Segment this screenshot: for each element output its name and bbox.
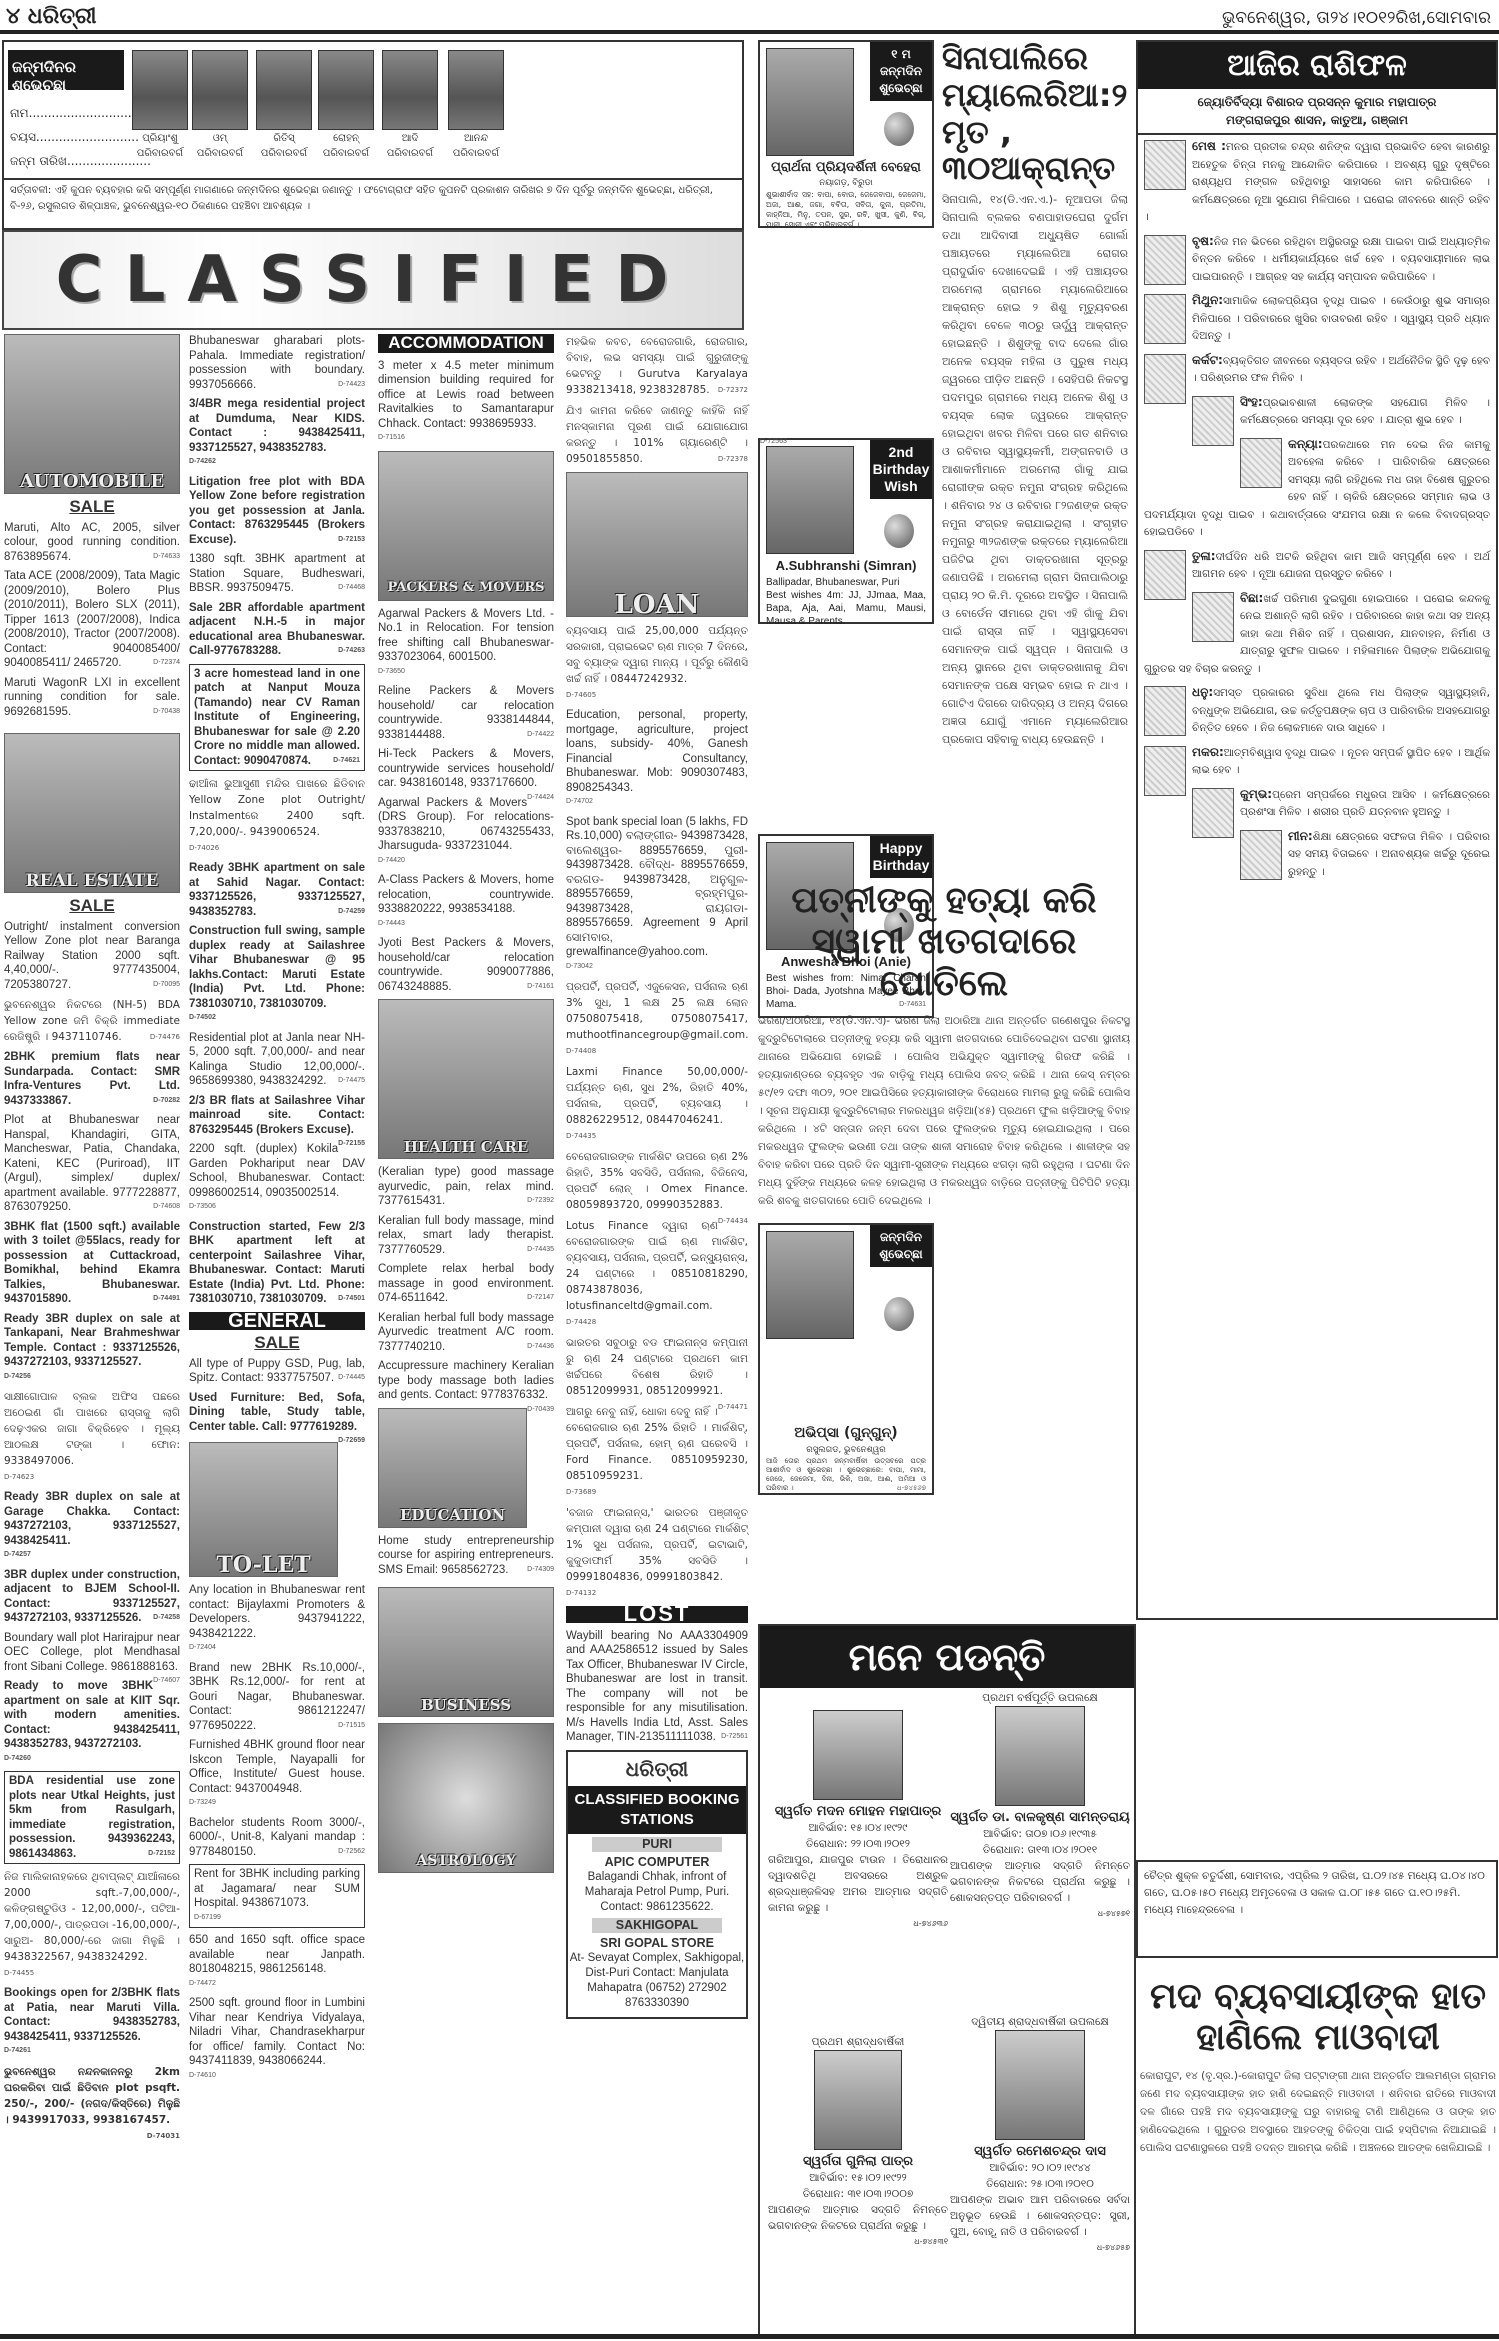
sale-heading: SALE [4, 899, 180, 914]
classified-ad: Furnished 4BHK ground floor near Iskcon … [189, 1738, 365, 1811]
zodiac-cancer: କର୍କଟ:ବ୍ୟକ୍ତିଗତ ଜୀବନରେ ବ୍ୟସ୍ତତା ରହିବ । ଅ… [1138, 349, 1496, 391]
classified-ad: ପ୍ରପର୍ଟି, ପ୍ରପର୍ଟି, ଏଜୁକେସନ, ପର୍ସନାଲ ଋଣ … [566, 979, 748, 1059]
classified-ad: Hi-Teck Packers & Movers, countrywide se… [378, 747, 554, 791]
lost-heading: LOST [566, 1606, 748, 1623]
aries-icon [1144, 140, 1186, 190]
classified-ad: ନିଜ ମାଲିକାନାହକରେ ଥିବାପ୍ଲଟ୍ ଯାଆଁଳାରେ 2000… [4, 1869, 180, 1981]
birthday-wish-card: ୧ ମ ଜନ୍ମଦିନ ଶୁଭେଚ୍ଛା ପ୍ରାର୍ଥନା ପ୍ରିୟଦର୍ଶ… [758, 40, 934, 228]
kid-photo [132, 50, 188, 130]
coupon-terms: ସର୍ତ୍ତାବଳୀ: ଏହି କୁପନ ବ୍ୟବହାର କରି ସମ୍ପୂର୍… [4, 178, 742, 218]
story-body: ଭରଣ/ଅଠାରିଆ, ୧୪(ଡି.ଏନ.ଏ)- ଭରଣ ଜିଲା ଅଠାରିଆ… [758, 1012, 1130, 1210]
wish-tag: ୧ ମ ଜନ୍ମଦିନ ଶୁଭେଚ୍ଛା [870, 42, 932, 101]
dateline: ଭୁବନେଶ୍ୱର, ତା୨୪।୧୦୧୨ରିଖ,ସୋମବାର [1222, 8, 1491, 28]
name-field: ନାମ............................ [10, 106, 135, 121]
classified-ad: ସାକ୍ଷୀଗୋପାଳ ବ୍ଲକ ଅଫିସ ପଛରେ ଅଠେଇଣ ଗାଁ ପାଖ… [4, 1389, 180, 1485]
classified-ad: Laxmi Finance 50,00,000/- ପର୍ଯ୍ୟନ୍ତ ଋଣ, … [566, 1064, 748, 1144]
packers-movers-image: PACKERS & MOVERS [378, 451, 554, 601]
classified-ad: Any location in Bhubaneswar rent contact… [189, 1583, 365, 1656]
classified-banner: CLASSIFIED [2, 230, 744, 330]
classified-ad: Construction full swing, sample duplex r… [189, 924, 365, 1026]
classified-column-3: ACCOMMODATION 3 meter x 4.5 meter minimu… [378, 334, 554, 1879]
pisces-icon [1240, 830, 1282, 880]
classified-ad: 650 and 1650 sqft. office space availabl… [189, 1933, 365, 1991]
wish-tag: Happy Birthday [870, 836, 932, 878]
ad-id: D-72563 [760, 438, 787, 445]
wish-name: ଅଭିପ୍ସା (ଗୁନ୍‌ଗୁନ୍) [764, 1425, 928, 1441]
accommodation-heading: ACCOMMODATION [378, 334, 554, 353]
zodiac-libra: ତୁଳା:ଦୀର୍ଘଦିନ ଧରି ଅଟକି ରହିଥିବା କାମ ଆଜି ସ… [1138, 545, 1496, 587]
news-story-malaria: ସିନାପାଲିରେ ମ୍ୟାଲେରିଆ:୨ଶିଶୁ ମୃତ , ୩୦ଆକ୍ରା… [942, 40, 1128, 880]
wish-text: ଆଜି ତୋର ପ୍ରଥମ ଜନ୍ମବାର୍ଷିକୀ ଉତ୍ସବରେ ପତ୍ର … [766, 1457, 926, 1493]
classified-ad: Bachelor students Room 3000/-, 6000/-, U… [189, 1816, 365, 1860]
classified-ad: Litigation free plot with BDA Yellow Zon… [189, 475, 365, 548]
classified-ad: ବ୍ୟବସାୟ ପାଇଁ 25,00,000 ପର୍ଯ୍ୟନ୍ତ ସରକାରୀ,… [566, 623, 748, 703]
classified-ad: Bhubaneswar gharabari plots-Pahala. Imme… [189, 334, 365, 392]
classified-ad: Maruti, Alto AC, 2005, silver colour, go… [4, 521, 180, 565]
zodiac-scorpio: ବିଛା:ଖର୍ଚ୍ଚ ପରିମାଣ ଦୁଇଗୁଣା ହୋଇପାରେ । ଘରୋ… [1138, 587, 1496, 682]
kid-photo [318, 50, 374, 130]
booking-title: CLASSIFIED BOOKING STATIONS [568, 1786, 746, 1834]
scorpio-icon [1192, 592, 1234, 642]
classified-column-4: ମହଭିକ କବଚ, ବେରୋଜଗାରି, ରୋଜଗାର, ବିବାହ, ଲଭ … [566, 334, 748, 2019]
obituary: ସ୍ୱର୍ଗତ ମଦନ ମୋହନ ମହାପାତ୍ର ଆବିର୍ଭାବ: ୧୫।୦… [768, 1710, 948, 1932]
headline: ସିନାପାଲିରେ ମ୍ୟାଲେରିଆ:୨ଶିଶୁ ମୃତ , ୩୦ଆକ୍ରା… [942, 40, 1128, 187]
portrait-photo [813, 1710, 903, 1800]
classified-ad: Lotus Finance ଦ୍ୱାରା ଋଣ ବେରୋଜଗାରଙ୍କ ପାଇଁ… [566, 1218, 748, 1330]
zodiac-capricorn: ମକର:ଆତ୍ମବିଶ୍ୱାସ ବୃଦ୍ଧି ପାଇବ । ନୂତନ ସମ୍ପର… [1138, 741, 1496, 783]
to-let-image: TO-LET [189, 1442, 338, 1577]
kid-photo-card: ରିତିସ୍ପରିବାରବର୍ଗ [256, 50, 312, 160]
classified-ad: Ready 3BR duplex on sale at Garage Chakk… [4, 1490, 180, 1563]
classified-ad: 1380 sqft. 3BHK apartment at Station Squ… [189, 552, 365, 596]
birthday-wish-card: 2nd Birthday Wish A.Subhranshi (Simran) … [758, 438, 934, 624]
classified-ad: All type of Puppy GSD, Pug, lab, Spitz. … [189, 1357, 365, 1386]
station-name: APIC COMPUTER [568, 1855, 746, 1870]
classified-ad: Plot at Bhubaneswar near Hanspal, Khanda… [4, 1113, 180, 1215]
classified-ad: Maruti WagonR LXI in excellent running c… [4, 676, 180, 720]
story-body: ସିନାପାଲି, ୧୪(ଡି.ଏନ.ଏ.)- ନୂଆପଡା ଜିଲା ସିନା… [942, 191, 1128, 749]
kid-photo [192, 50, 248, 130]
classified-ad: Outright/ instalment conversion Yellow Z… [4, 920, 180, 993]
taurus-icon [1144, 235, 1186, 285]
classified-ad: Accupressure machinery Keralian type bod… [378, 1359, 554, 1403]
zodiac-gemini: ମିଥୁନ:ସାମାଜିକ ଲୋକପ୍ରିୟତା ବୃଦ୍ଧି ପାଇବ । କ… [1138, 289, 1496, 349]
obituary: ପ୍ରଥମ ଶ୍ରାଦ୍ଧବାର୍ଷିକୀ ସ୍ୱର୍ଗତା ଗୁନିଲା ପା… [768, 2034, 948, 2250]
classified-ad: Bookings open for 2/3BHK flats at Patia,… [4, 1986, 180, 2059]
classified-ad: 'ବଜାଜ ଫାଇନାନ୍ସ,' ଭାରତର ପଞ୍ଜୀକୃତ କମ୍ପାନୀ … [566, 1505, 748, 1601]
classified-ad: ଭୁବନେଶ୍ୱର ନିକଟରେ (NH-5) BDA Yellow zone … [4, 997, 180, 1045]
loan-image: LOAN [566, 472, 748, 617]
headline: ପତ୍ନୀଙ୍କୁ ହତ୍ୟା କରି ସ୍ୱାମୀ ଖତଗଦାରେ ପୋତିଲ… [758, 880, 1130, 1004]
classified-ad: ମହଭିକ କବଚ, ବେରୋଜଗାରି, ରୋଜଗାର, ବିବାହ, ଲଭ … [566, 334, 748, 398]
general-heading: GENERAL [189, 1312, 365, 1331]
wish-tag: 2nd Birthday Wish [870, 440, 932, 499]
classified-ad: (Keralian type) good massage ayurvedic, … [378, 1165, 554, 1209]
classified-ad: Agarwal Packers & Movers Ltd. - No.1 in … [378, 607, 554, 680]
classified-ad: 2/3 BR flats at Sailashree Vihar mainroa… [189, 1094, 365, 1138]
astrologer-byline: ଜ୍ୟୋତିର୍ବିଦ୍ୟା ବିଶାରଦ ପ୍ରସନ୍ନ କୁମାର ମହାପ… [1138, 89, 1496, 135]
child-photo [766, 446, 854, 554]
wish-place: ରସୁଲଗଡ, ଭୁବନେଶ୍ୱର [766, 1445, 926, 1456]
classified-ad: Ready 3BHK apartment on sale at Sahid Na… [189, 861, 365, 919]
balloons-icon [884, 514, 914, 548]
classified-ad: Tata ACE (2008/2009), Tata Magic (2009/2… [4, 569, 180, 671]
news-story-maoist: ମଦ ବ୍ୟବସାୟୀଙ୍କ ହାତ ହାଣିଲେ ମାଓବାଦୀ କୋରାପୁ… [1140, 1976, 1496, 2332]
zodiac-taurus: ବୃଷ:ନିଜ ମନ ଭିତରେ ରହିଥିବା ଅସ୍ଥିରତାରୁ ରକ୍ଷ… [1138, 230, 1496, 290]
virgo-icon [1240, 438, 1282, 488]
kid-photo-card: ଆନନ୍ଦପରିବାରବର୍ଗ [448, 50, 504, 160]
education-image: EDUCATION [378, 1408, 527, 1528]
classified-ad: ଯିଏ କାମନା କରିବେ ଜାଣନ୍ତୁ କାହିଁକି ନାହିଁ ମନ… [566, 403, 748, 467]
classified-ad: Home study entrepreneurship course for a… [378, 1534, 554, 1578]
classified-ad: Ready to move 3BHK apartment on sale at … [4, 1679, 180, 1766]
kid-photo [382, 50, 438, 130]
horoscope-title: ଆଜିର ରାଶିଫଳ [1138, 42, 1496, 89]
classified-column-2: Bhubaneswar gharabari plots-Pahala. Imme… [189, 334, 365, 2088]
zodiac-sagittarius: ଧନୁ:ସମସ୍ତ ପ୍ରକାରର ସୁବିଧା ଥିଲେ ମଧ ପିଲାଙ୍କ… [1138, 681, 1496, 741]
station-address: Balagandi Chhak, infront of Maharaja Pet… [568, 1870, 746, 1915]
dob-field: ଜନ୍ମ ତାରିଖ...................... [10, 154, 151, 169]
kid-photo-card: ଆଦିପରିବାରବର୍ଗ [382, 50, 438, 160]
classified-ad: 3BHK flat (1500 sqft.) available with 3 … [4, 1220, 180, 1307]
kid-photo-card: ରୋହନ୍ପରିବାରବର୍ଗ [318, 50, 374, 160]
booking-stations-box: ଧରିତ୍ରୀ CLASSIFIED BOOKING STATIONS PURI… [566, 1750, 748, 2019]
classified-ad: Complete relax herbal body massage in go… [378, 1262, 554, 1306]
birthday-coupon: ଜନ୍ମଦିନର ଶୁଭେଚ୍ଛା ନାମ...................… [2, 40, 744, 230]
classified-ad: A-Class Packers & Movers, home relocatio… [378, 873, 554, 931]
astrology-image: ASTROLOGY [378, 1723, 554, 1873]
obituary: ପ୍ରଥମ ବର୍ଷପୂର୍ତ୍ତି ଉପଲକ୍ଷେ ସ୍ୱର୍ଗତ ଡା. ବ… [950, 1690, 1130, 1922]
classified-ad: Boundary wall plot Harirajpur near OEC C… [4, 1631, 180, 1675]
sale-heading: SALE [189, 1336, 365, 1351]
dharitri-logo: ଧରିତ୍ରୀ [568, 1752, 746, 1786]
wish-place: ନୟାଗଡ଼, ବିରୁଡା [766, 178, 926, 189]
zodiac-leo: ସିଂହ:ପ୍ରଭାବଶାଳୀ ଲୋକଙ୍କ ସହଯୋଗ ମିଳିବ । କର୍… [1138, 391, 1496, 433]
classified-ad: 3BR duplex under construction, adjacent … [4, 1568, 180, 1626]
wish-text: ଶୁଭାଶୀର୍ବାଦ ସହ: ବାପା, ବୋଉ, ଜେଜେବାପା, ଜେଜ… [766, 190, 926, 230]
station-city: SAKHIGOPAL [592, 1918, 722, 1933]
classified-ad-boxed: Rent for 3BHK including parking at Jagam… [189, 1864, 365, 1928]
headline: ମଦ ବ୍ୟବସାୟୀଙ୍କ ହାତ ହାଣିଲେ ମାଓବାଦୀ [1140, 1976, 1496, 2059]
classified-ad: 2200 sqft. (duplex) Kokila Garden Pokhar… [189, 1142, 365, 1215]
child-photo [766, 48, 854, 156]
zodiac-aries: ମେଷ :ମନର ପ୍ରତୀକ ଚନ୍ଦ୍ର ଶନିଙ୍କ ଦ୍ୱାରା ପ୍ର… [1138, 135, 1496, 230]
classified-ad: 3/4BR mega residential project at Dumdum… [189, 397, 365, 470]
classified-ad: ବେରୋଜଗାରଙ୍କ ମାର୍କଶିଟ ଉପରେ ଋଣ 2% ରିହାତି, … [566, 1149, 748, 1213]
station-city: PURI [592, 1837, 722, 1852]
zodiac-pisces: ମୀନ:ଶିକ୍ଷା କ୍ଷେତ୍ରରେ ସଫଳତା ମିଳିବ । ପରିବା… [1138, 825, 1496, 885]
coupon-title: ଜନ୍ମଦିନର ଶୁଭେଚ୍ଛା [8, 50, 124, 90]
classified-ad: Agarwal Packers & Movers (DRS Group). Fo… [378, 796, 554, 869]
classified-ad: ଭୁବନେଶ୍ୱର ନନ୍ଦନକାନନରୁ 2km ଘରକରିବା ପାଇଁ ଛ… [4, 2064, 180, 2128]
bottom-rule [0, 2334, 1499, 2339]
classified-ad: Sale 2BR affordable apartment adjacent N… [189, 601, 365, 659]
page-number-and-masthead: ୪ ଧରିତ୍ରୀ [6, 4, 97, 29]
health-care-image: HEALTH CARE [378, 999, 554, 1159]
panjika-box: ଚୈତ୍ର ଶୁକ୍ଳ ଚତୁର୍ଦ୍ଦଶୀ, ସୋମବାର, ଏପ୍ରିଲ ୨… [1136, 1860, 1498, 1958]
classified-ad: Ready 3BR duplex on sale at Tankapani, N… [4, 1312, 180, 1385]
classified-ad: ଢାଆଁଳା ଭୁଆସୁଣୀ ମନ୍ଦିର ପାଖରେ ଛିଡିବାନ Yell… [189, 776, 365, 856]
sale-heading: SALE [4, 500, 180, 515]
balloons-icon [884, 112, 914, 146]
station-address: At- Sevayat Complex, Sakhigopal, Dist-Pu… [568, 1951, 746, 2017]
classified-ad: Used Furniture: Bed, Sofa, Dining table,… [189, 1391, 365, 1435]
sagittarius-icon [1144, 686, 1186, 736]
story-body: କୋରାପୁଟ, ୧୪ (ବୃ.ସ୍ର.)-କୋରାପୁଟ ଜିଲା ପଟ୍ଟା… [1140, 2067, 1496, 2157]
lost-notice: Waybill bearing No AAA3304909 and AAA258… [566, 1629, 748, 1745]
classified-ad-boxed: BDA residential use zone plots near Utka… [4, 1771, 180, 1864]
classified-ad: ଆଗରୁ ନେବୁ ନାହିଁ, ଧୋକା ଦେବୁ ନାହିଁ । ବେରୋଜ… [566, 1404, 748, 1500]
classified-ad: 3 meter x 4.5 meter minimum dimension bu… [378, 359, 554, 446]
wish-name: ପ୍ରାର୍ଥନା ପ୍ରିୟଦର୍ଶିନୀ ବେହେରା [764, 160, 928, 176]
classified-ad: Spot bank special loan (5 lakhs, FD Rs.1… [566, 815, 748, 975]
real-estate-image: REAL ESTATE [4, 733, 180, 893]
portrait-photo [995, 2030, 1085, 2140]
classified-ad: ଭାରତର ସବୁଠାରୁ ବଡ ଫାଇନାନ୍ସ କମ୍ପାନୀ ରୁ ଋଣ … [566, 1335, 748, 1399]
zodiac-virgo: କନ୍ୟା:ପରକଥାରେ ମନ ଦେଇ ନିଜ କାମକୁ ଅବହେଳା କର… [1138, 433, 1496, 545]
news-story-murder: ପତ୍ନୀଙ୍କୁ ହତ୍ୟା କରି ସ୍ୱାମୀ ଖତଗଦାରେ ପୋତିଲ… [758, 880, 1130, 1400]
classified-ad: Brand new 2BHK Rs.10,000/-, 3BHK Rs.12,0… [189, 1661, 365, 1734]
classified-ad: Jyoti Best Packers & Movers, household/c… [378, 936, 554, 994]
station-name: SRI GOPAL STORE [568, 1936, 746, 1951]
kid-photo [448, 50, 504, 130]
zodiac-aquarius: କୁମ୍ଭ:ପ୍ରେମ ସମ୍ପର୍କରେ ମଧୁରତା ଆସିବ । କର୍ମ… [1138, 783, 1496, 825]
classified-ad: Residential plot at Janla near NH-5, 200… [189, 1031, 365, 1089]
classified-ad: Keralian full body massage, mind relax, … [378, 1214, 554, 1258]
classified-ad: Education, personal, property, mortgage,… [566, 708, 748, 810]
wish-name: A.Subhranshi (Simran) [764, 558, 928, 573]
automobile-image: AUTOMOBILE [4, 334, 180, 494]
classified-ad: Reline Packers & Movers household/ car r… [378, 684, 554, 742]
gemini-icon [1144, 294, 1186, 344]
kid-photo [256, 50, 312, 130]
classified-column-1: AUTOMOBILE SALE Maruti, Alto AC, 2005, s… [4, 334, 180, 2144]
classified-ad-boxed: 3 acre homestead land in one patch at Na… [189, 664, 365, 772]
classified-ad: 2BHK premium flats near Sundarpada. Cont… [4, 1050, 180, 1108]
horoscope-section: ଆଜିର ରାଶିଫଳ ଜ୍ୟୋତିର୍ବିଦ୍ୟା ବିଶାରଦ ପ୍ରସନ୍… [1136, 40, 1498, 1620]
kid-photo-card: ପ୍ରିୟାଂଶୁପରିବାରବର୍ଗ [132, 50, 188, 160]
classified-ad: Keralian herbal full body massage Ayurve… [378, 1311, 554, 1355]
classified-ad: 2500 sqft. ground floor in Lumbini Vihar… [189, 1996, 365, 2083]
age-field: ବୟସ........................... [10, 130, 139, 145]
kid-photo-card: ଓମ୍ପରିବାରବର୍ଗ [192, 50, 248, 160]
page-header: ୪ ଧରିତ୍ରୀ ଭୁବନେଶ୍ୱର, ତା୨୪।୧୦୧୨ରିଖ,ସୋମବାର [0, 0, 1499, 40]
memorial-title: ମନେ ପଡନ୍ତି [760, 1626, 1134, 1688]
portrait-photo [995, 1706, 1085, 1806]
portrait-photo [814, 2050, 902, 2150]
memorial-section: ମନେ ପଡନ୍ତି ସ୍ୱର୍ଗତ ମଦନ ମୋହନ ମହାପାତ୍ର ଆବି… [758, 1624, 1136, 2336]
wish-text: Ballipadar, Bhubaneswar, PuriBest wishes… [766, 576, 926, 628]
classified-ad: Construction started, Few 2/3 BHK apartm… [189, 1220, 365, 1307]
header-rule [0, 30, 1499, 34]
business-image: BUSINESS [378, 1587, 554, 1717]
obituary: ଦ୍ୱିତୀୟ ଶ୍ରାଦ୍ଧବାର୍ଷିକୀ ଉପଲକ୍ଷେ ସ୍ୱର୍ଗତ … [950, 2014, 1130, 2256]
